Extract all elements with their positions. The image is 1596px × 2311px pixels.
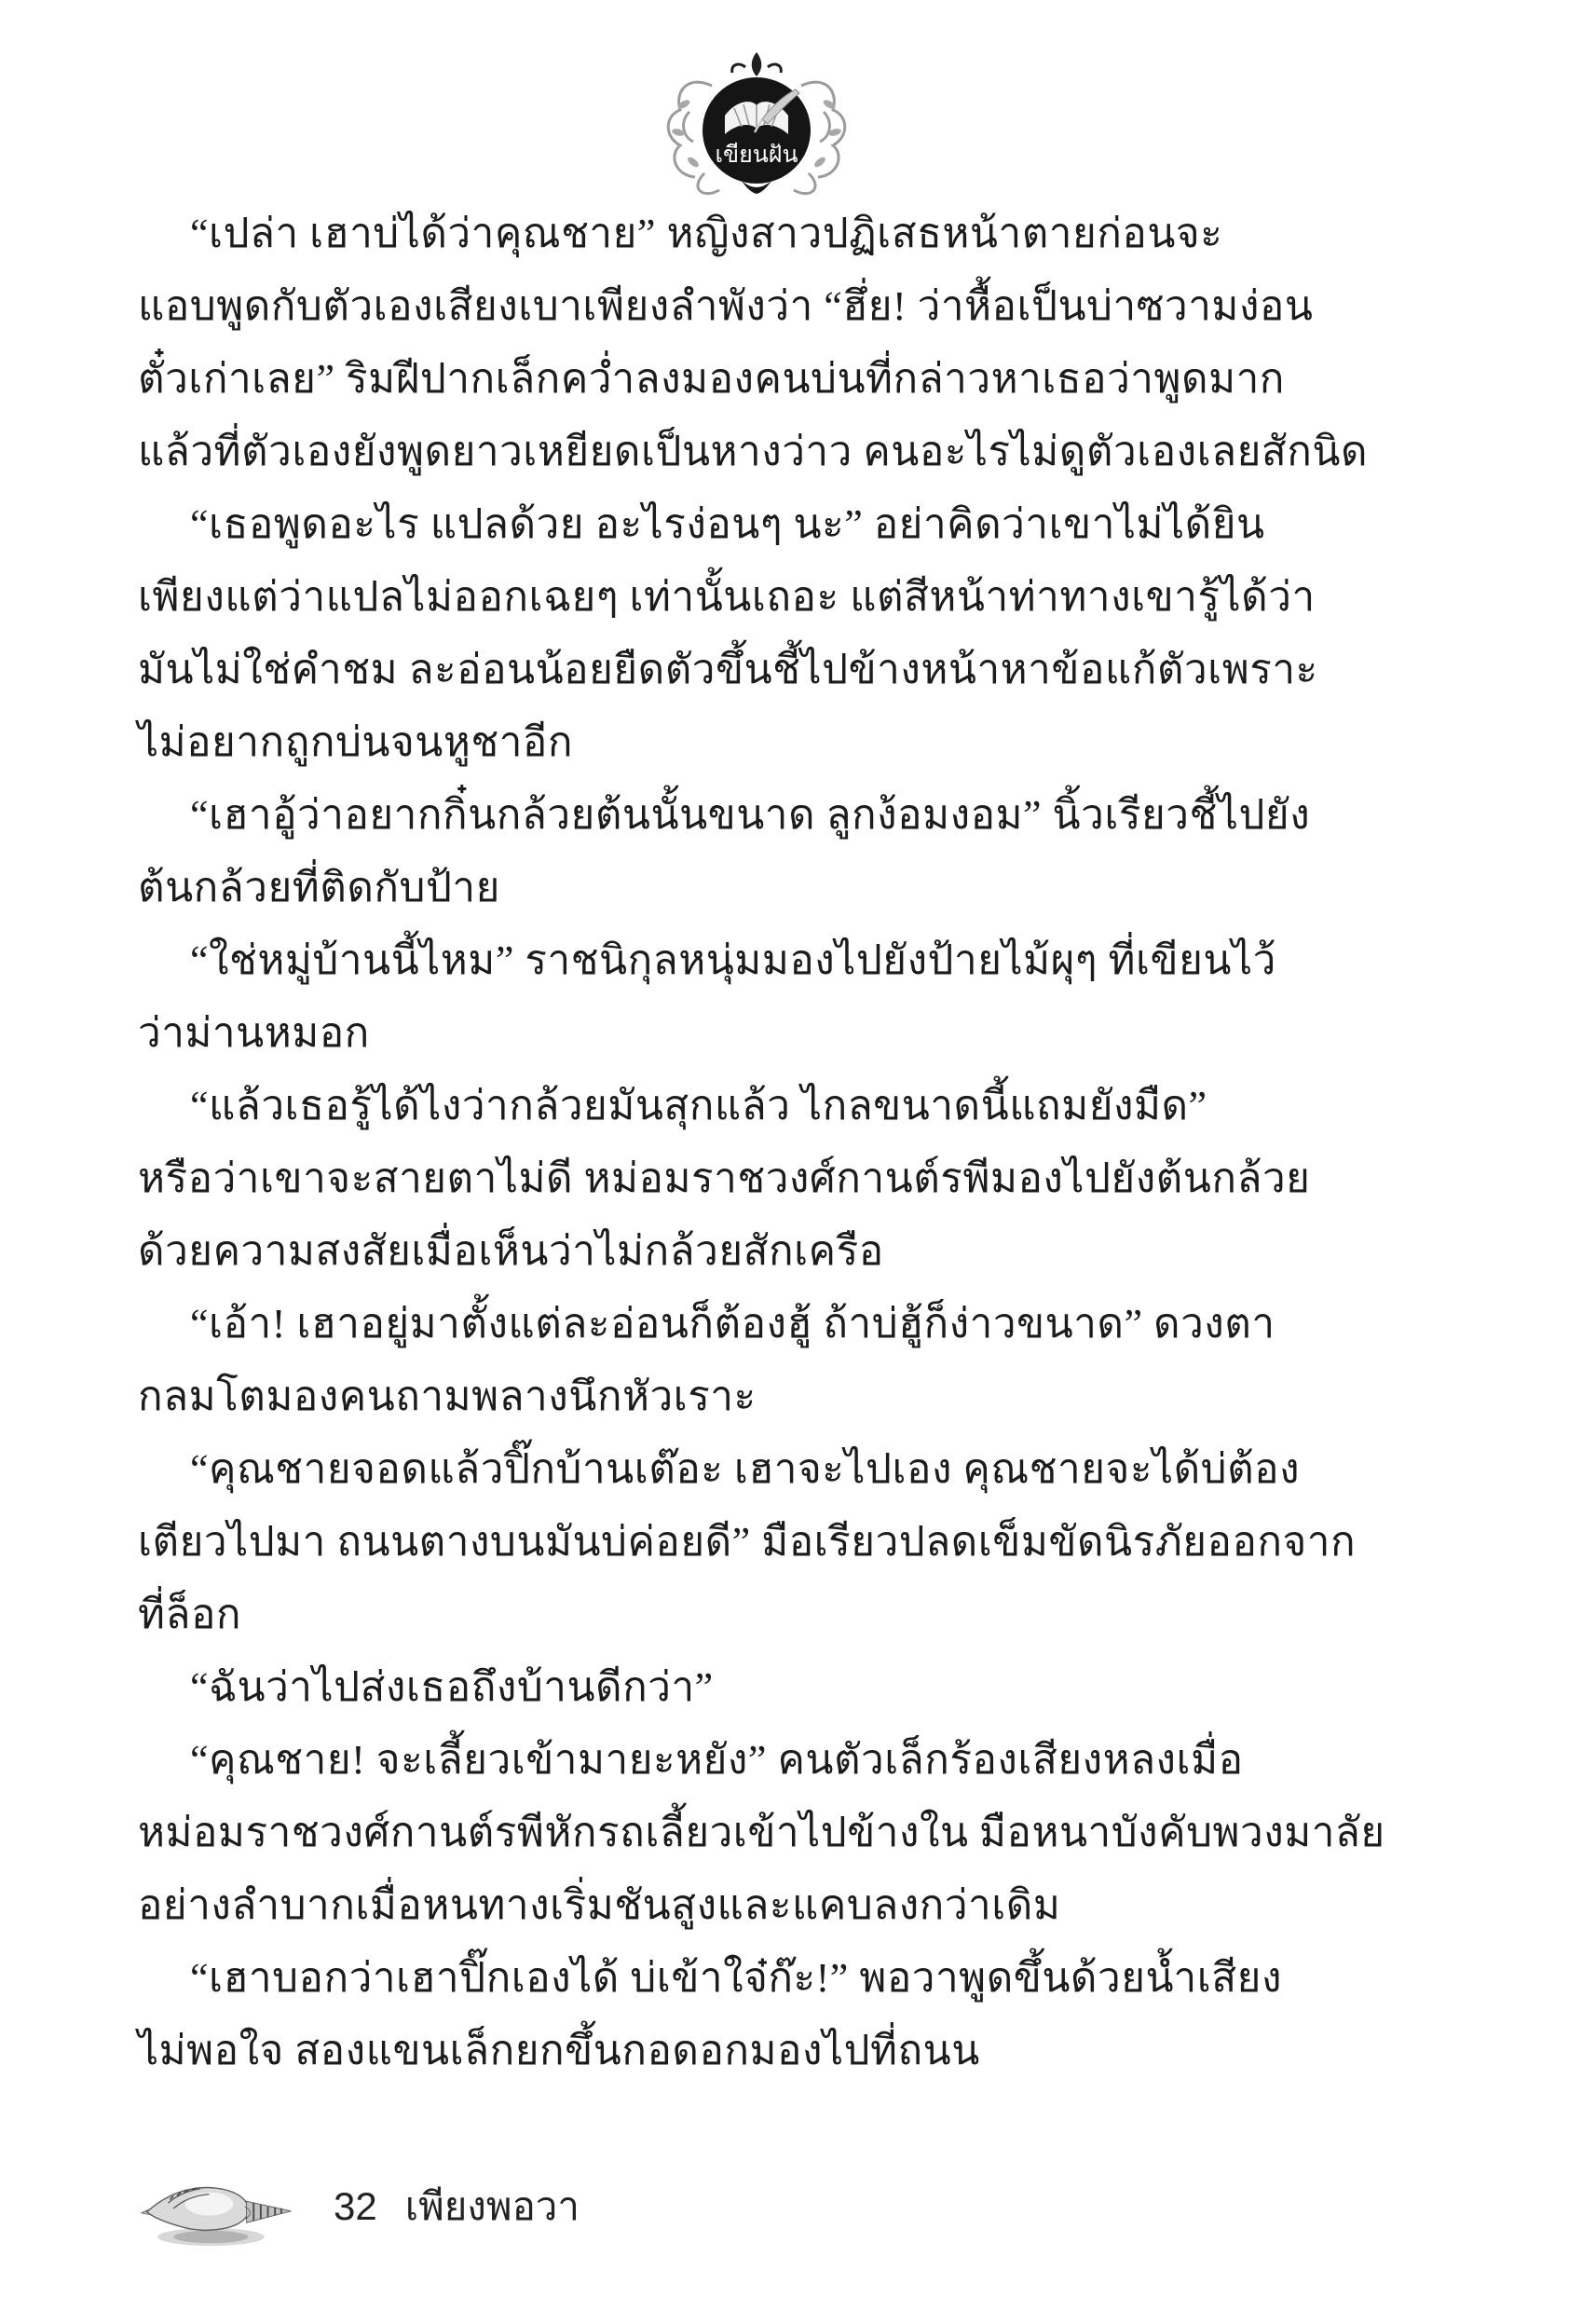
text-line: หม่อมราชวงศ์กานต์รพีหักรถเลี้ยวเข้าไปข้า… xyxy=(138,1797,1472,1869)
text-line: ที่ล็อก xyxy=(138,1579,1472,1651)
text-line: ไม่อยากถูกบ่นจนหูชาอีก xyxy=(138,706,1472,779)
text-line: แล้วที่ตัวเองยังพูดยาวเหยียดเป็นหางว่าว … xyxy=(138,416,1472,488)
page-footer: 32 เพียงพอวา xyxy=(138,2160,580,2253)
text-line: ตั๋วเก่าเลย” ริมฝีปากเล็กคว่ำลงมองคนบ่นท… xyxy=(138,343,1472,416)
text-line: “เธอพูดอะไร แปลด้วย อะไรง่อนๆ นะ” อย่าคิ… xyxy=(138,488,1472,561)
text-line: อย่างลำบากเมื่อหนทางเริ่มชันสูงและแคบลงก… xyxy=(138,1869,1472,1942)
text-line: “คุณชายจอดแล้วปิ๊กบ้านเต๊อะ เฮาจะไปเอง ค… xyxy=(138,1433,1472,1506)
text-line: เพียงแต่ว่าแปลไม่ออกเฉยๆ เท่านั้นเถอะ แต… xyxy=(138,561,1472,634)
text-line: “เปล่า เฮาบ่ได้ว่าคุณชาย” หญิงสาวปฏิเสธห… xyxy=(138,198,1472,270)
publisher-logo: เขียนฝัน xyxy=(652,47,861,203)
text-line: “เฮาอู้ว่าอยากกิ๋นกล้วยต้นนั้นขนาด ลูกง้… xyxy=(138,779,1472,852)
book-title-footer: เพียงพอวา xyxy=(405,2176,580,2237)
text-line: หรือว่าเขาจะสายตาไม่ดี หม่อมราชวงศ์กานต์… xyxy=(138,1142,1472,1215)
crown-flourish xyxy=(732,52,782,76)
text-line: ด้วยความสงสัยเมื่อเห็นว่าไม่กล้วยสักเครื… xyxy=(138,1215,1472,1288)
text-line: “เอ้า! เฮาอยู่มาตั้งแต่ละอ่อนก็ต้องฮู้ ถ… xyxy=(138,1288,1472,1361)
text-line: “ฉันว่าไปส่งเธอถึงบ้านดีกว่า” xyxy=(138,1651,1472,1724)
text-line: “คุณชาย! จะเลี้ยวเข้ามายะหยัง” คนตัวเล็ก… xyxy=(138,1724,1472,1797)
text-line: แอบพูดกับตัวเองเสียงเบาเพียงลำพังว่า “ฮึ… xyxy=(138,270,1472,343)
book-page: เขียนฝัน “เปล่า เฮาบ่ได้ว่าคุณชาย” หญิงส… xyxy=(0,0,1596,2311)
text-line: “เฮาบอกว่าเฮาปิ๊กเองได้ บ่เข้าใจ๋ก๊ะ!” พ… xyxy=(138,1942,1472,2015)
text-line: กลมโตมองคนถามพลางนึกหัวเราะ xyxy=(138,1361,1472,1433)
text-line: มันไม่ใช่คำชม ละอ่อนน้อยยืดตัวขึ้นชี้ไปข… xyxy=(138,634,1472,706)
text-line: ว่าม่านหมอก xyxy=(138,997,1472,1070)
text-line: ต้นกล้วยที่ติดกับป้าย xyxy=(138,852,1472,924)
text-block: “เปล่า เฮาบ่ได้ว่าคุณชาย” หญิงสาวปฏิเสธห… xyxy=(138,198,1472,2087)
text-line: “แล้วเธอรู้ได้ไงว่ากล้วยมันสุกแล้ว ไกลขน… xyxy=(138,1070,1472,1142)
shell-icon xyxy=(138,2160,298,2253)
page-number: 32 xyxy=(334,2184,377,2229)
publisher-name: เขียนฝัน xyxy=(715,142,798,168)
text-line: เตียวไปมา ถนนตางบนมันบ่ค่อยดี” มือเรียวป… xyxy=(138,1506,1472,1579)
text-line: “ใช่หมู่บ้านนี้ไหม” ราชนิกุลหนุ่มมองไปยั… xyxy=(138,924,1472,997)
text-line: ไม่พอใจ สองแขนเล็กยกขึ้นกอดอกมองไปที่ถนน xyxy=(138,2015,1472,2087)
